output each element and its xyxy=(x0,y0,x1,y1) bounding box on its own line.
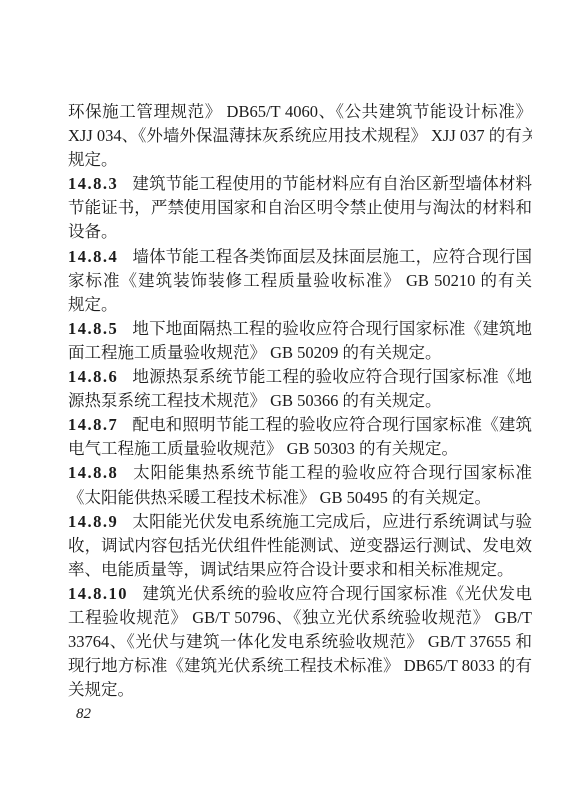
text-line: 环保施工管理规范》 DB65/T 4060、《公共建筑节能设计标准》 xyxy=(68,100,532,124)
page-number: 82 xyxy=(76,704,91,724)
clause-14-8-5: 14.8.5地下地面隔热工程的验收应符合现行国家标准《建筑地面工程施工质量验收规… xyxy=(68,317,532,365)
text-line: 现行地方标准《建筑光伏系统工程技术标准》 DB65/T 8033 的有 xyxy=(68,654,532,678)
document-page: 环保施工管理规范》 DB65/T 4060、《公共建筑节能设计标准》XJJ 03… xyxy=(0,0,561,804)
clause-number: 14.8.7 xyxy=(68,415,118,434)
text-line: 14.8.7配电和照明节能工程的验收应符合现行国家标准《建筑 xyxy=(68,413,532,437)
clause-number: 14.8.9 xyxy=(68,512,118,531)
clause-number: 14.8.3 xyxy=(68,174,118,193)
text-line: 源热泵系统工程技术规范》 GB 50366 的有关规定。 xyxy=(68,389,532,413)
text-line: 《太阳能供热采暖工程技术标准》 GB 50495 的有关规定。 xyxy=(68,486,532,510)
text-line: 14.8.6地源热泵系统节能工程的验收应符合现行国家标准《地 xyxy=(68,365,532,389)
text-line: 工程验收规范》 GB/T 50796、《独立光伏系统验收规范》 GB/T xyxy=(68,606,532,630)
text-line: XJJ 034、《外墙外保温薄抹灰系统应用技术规程》 XJJ 037 的有关 xyxy=(68,124,532,148)
text-line: 电气工程施工质量验收规范》 GB 50303 的有关规定。 xyxy=(68,437,532,461)
clause-14-8-6: 14.8.6地源热泵系统节能工程的验收应符合现行国家标准《地源热泵系统工程技术规… xyxy=(68,365,532,413)
text-line: 规定。 xyxy=(68,148,532,172)
text-line: 14.8.5地下地面隔热工程的验收应符合现行国家标准《建筑地 xyxy=(68,317,532,341)
body-text: 环保施工管理规范》 DB65/T 4060、《公共建筑节能设计标准》XJJ 03… xyxy=(68,100,532,702)
text-line: 14.8.3建筑节能工程使用的节能材料应有自治区新型墙体材料 xyxy=(68,172,532,196)
clause-number: 14.8.5 xyxy=(68,319,118,338)
text-line: 14.8.4墙体节能工程各类饰面层及抹面层施工，应符合现行国 xyxy=(68,245,532,269)
paragraph-continuation: 环保施工管理规范》 DB65/T 4060、《公共建筑节能设计标准》XJJ 03… xyxy=(68,100,532,172)
text-line: 家标准《建筑装饰装修工程质量验收标准》 GB 50210 的有关 xyxy=(68,269,532,293)
clause-number: 14.8.8 xyxy=(68,463,118,482)
text-line: 33764、《光伏与建筑一体化发电系统验收规范》 GB/T 37655 和 xyxy=(68,630,532,654)
clause-14-8-7: 14.8.7配电和照明节能工程的验收应符合现行国家标准《建筑电气工程施工质量验收… xyxy=(68,413,532,461)
clause-number: 14.8.6 xyxy=(68,367,118,386)
text-line: 设备。 xyxy=(68,220,532,244)
clause-14-8-9: 14.8.9太阳能光伏发电系统施工完成后，应进行系统调试与验收，调试内容包括光伏… xyxy=(68,510,532,582)
clause-number: 14.8.10 xyxy=(68,584,128,603)
clause-14-8-8: 14.8.8太阳能集热系统节能工程的验收应符合现行国家标准《太阳能供热采暖工程技… xyxy=(68,461,532,509)
text-line: 收，调试内容包括光伏组件性能测试、逆变器运行测试、发电效 xyxy=(68,534,532,558)
clause-14-8-4: 14.8.4墙体节能工程各类饰面层及抹面层施工，应符合现行国家标准《建筑装饰装修… xyxy=(68,245,532,317)
text-line: 面工程施工质量验收规范》 GB 50209 的有关规定。 xyxy=(68,341,532,365)
text-line: 率、电能质量等，调试结果应符合设计要求和相关标准规定。 xyxy=(68,558,532,582)
text-line: 关规定。 xyxy=(68,678,532,702)
clause-number: 14.8.4 xyxy=(68,247,118,266)
clause-14-8-3: 14.8.3建筑节能工程使用的节能材料应有自治区新型墙体材料节能证书，严禁使用国… xyxy=(68,172,532,244)
clause-14-8-10: 14.8.10建筑光伏系统的验收应符合现行国家标准《光伏发电工程验收规范》 GB… xyxy=(68,582,532,702)
text-line: 14.8.9太阳能光伏发电系统施工完成后，应进行系统调试与验 xyxy=(68,510,532,534)
text-line: 节能证书，严禁使用国家和自治区明令禁止使用与淘汰的材料和 xyxy=(68,196,532,220)
text-line: 规定。 xyxy=(68,293,532,317)
text-line: 14.8.10建筑光伏系统的验收应符合现行国家标准《光伏发电 xyxy=(68,582,532,606)
text-line: 14.8.8太阳能集热系统节能工程的验收应符合现行国家标准 xyxy=(68,461,532,485)
